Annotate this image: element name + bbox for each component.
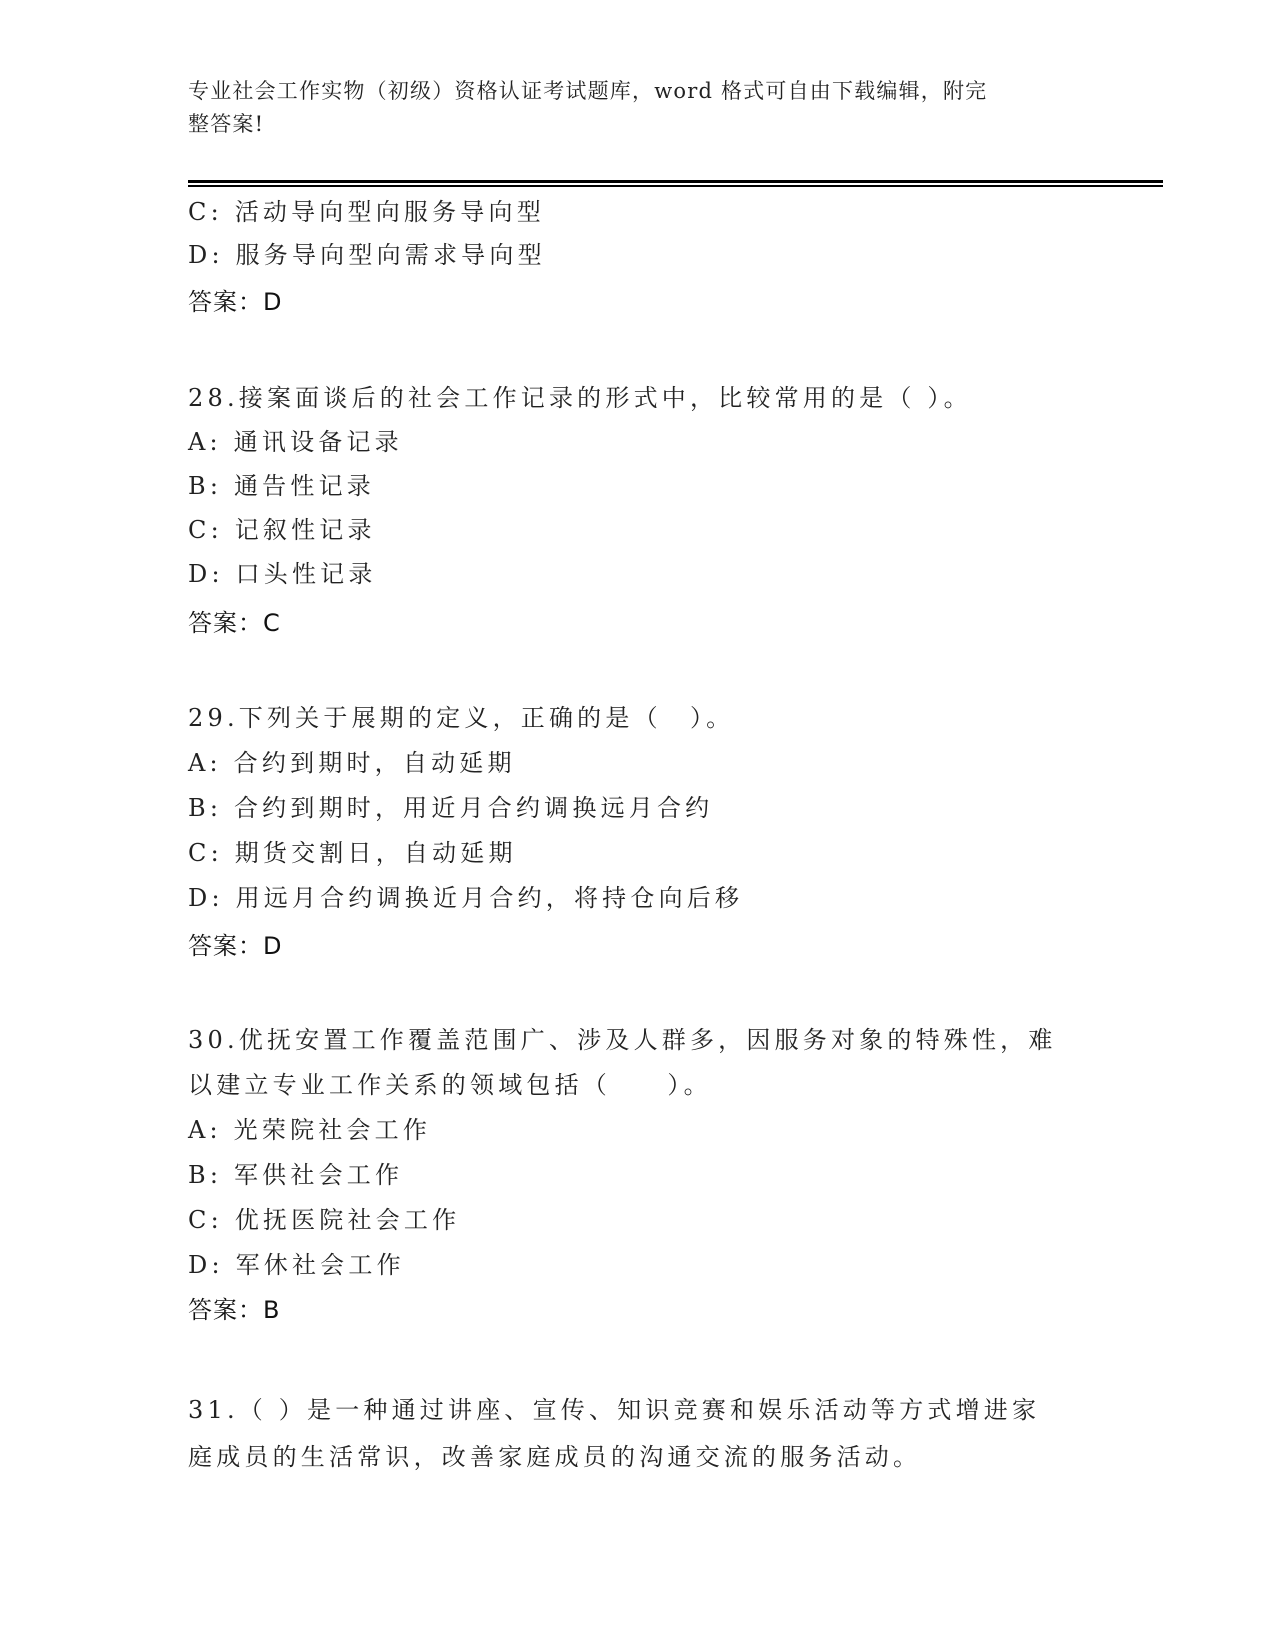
option-d: D: 服务导向型向需求导向型 (188, 240, 546, 270)
question-30-stem-line-1: 30.优抚安置工作覆盖范围广、涉及人群多，因服务对象的特殊性，难 (188, 1025, 1057, 1055)
question-28-stem: 28.接案面谈后的社会工作记录的形式中，比较常用的是（ ）。 (188, 383, 972, 413)
header-divider-thin (188, 185, 1163, 187)
question-30-option-b: B: 军供社会工作 (188, 1160, 403, 1190)
header-line-2: 整答案! (188, 108, 1088, 141)
question-30-option-a: A: 光荣院社会工作 (188, 1115, 431, 1145)
question-28-option-c: C: 记叙性记录 (188, 515, 376, 545)
question-30-option-d: D: 军休社会工作 (188, 1250, 405, 1280)
question-31-stem-line-1: 31.（ ）是一种通过讲座、宣传、知识竞赛和娱乐活动等方式增进家 (188, 1395, 1040, 1425)
question-29-option-d: D: 用远月合约调换近月合约，将持仓向后移 (188, 883, 743, 913)
question-29-stem: 29.下列关于展期的定义，正确的是（ ）。 (188, 703, 734, 733)
answer: 答案：D (188, 287, 282, 317)
question-31-stem-line-2: 庭成员的生活常识，改善家庭成员的沟通交流的服务活动。 (188, 1442, 921, 1472)
question-30-answer: 答案：B (188, 1295, 280, 1325)
question-28-answer: 答案：C (188, 608, 281, 638)
question-28-option-d: D: 口头性记录 (188, 559, 377, 589)
question-29-option-a: A: 合约到期时，自动延期 (188, 748, 516, 778)
question-28-option-b: B: 通告性记录 (188, 471, 375, 501)
question-30-stem-line-2: 以建立专业工作关系的领域包括（ ）。 (188, 1070, 712, 1100)
header-line-1: 专业社会工作实物（初级）资格认证考试题库，word 格式可自由下载编辑，附完 (188, 75, 1088, 108)
option-c: C: 活动导向型向服务导向型 (188, 197, 545, 227)
question-30-option-c: C: 优抚医院社会工作 (188, 1205, 460, 1235)
question-29-option-b: B: 合约到期时，用近月合约调换远月合约 (188, 793, 713, 823)
document-header: 专业社会工作实物（初级）资格认证考试题库，word 格式可自由下载编辑，附完 整… (188, 75, 1088, 141)
question-28-option-a: A: 通讯设备记录 (188, 427, 403, 457)
question-29-answer: 答案：D (188, 931, 282, 961)
question-29-option-c: C: 期货交割日，自动延期 (188, 838, 517, 868)
header-divider-thick (188, 180, 1163, 183)
